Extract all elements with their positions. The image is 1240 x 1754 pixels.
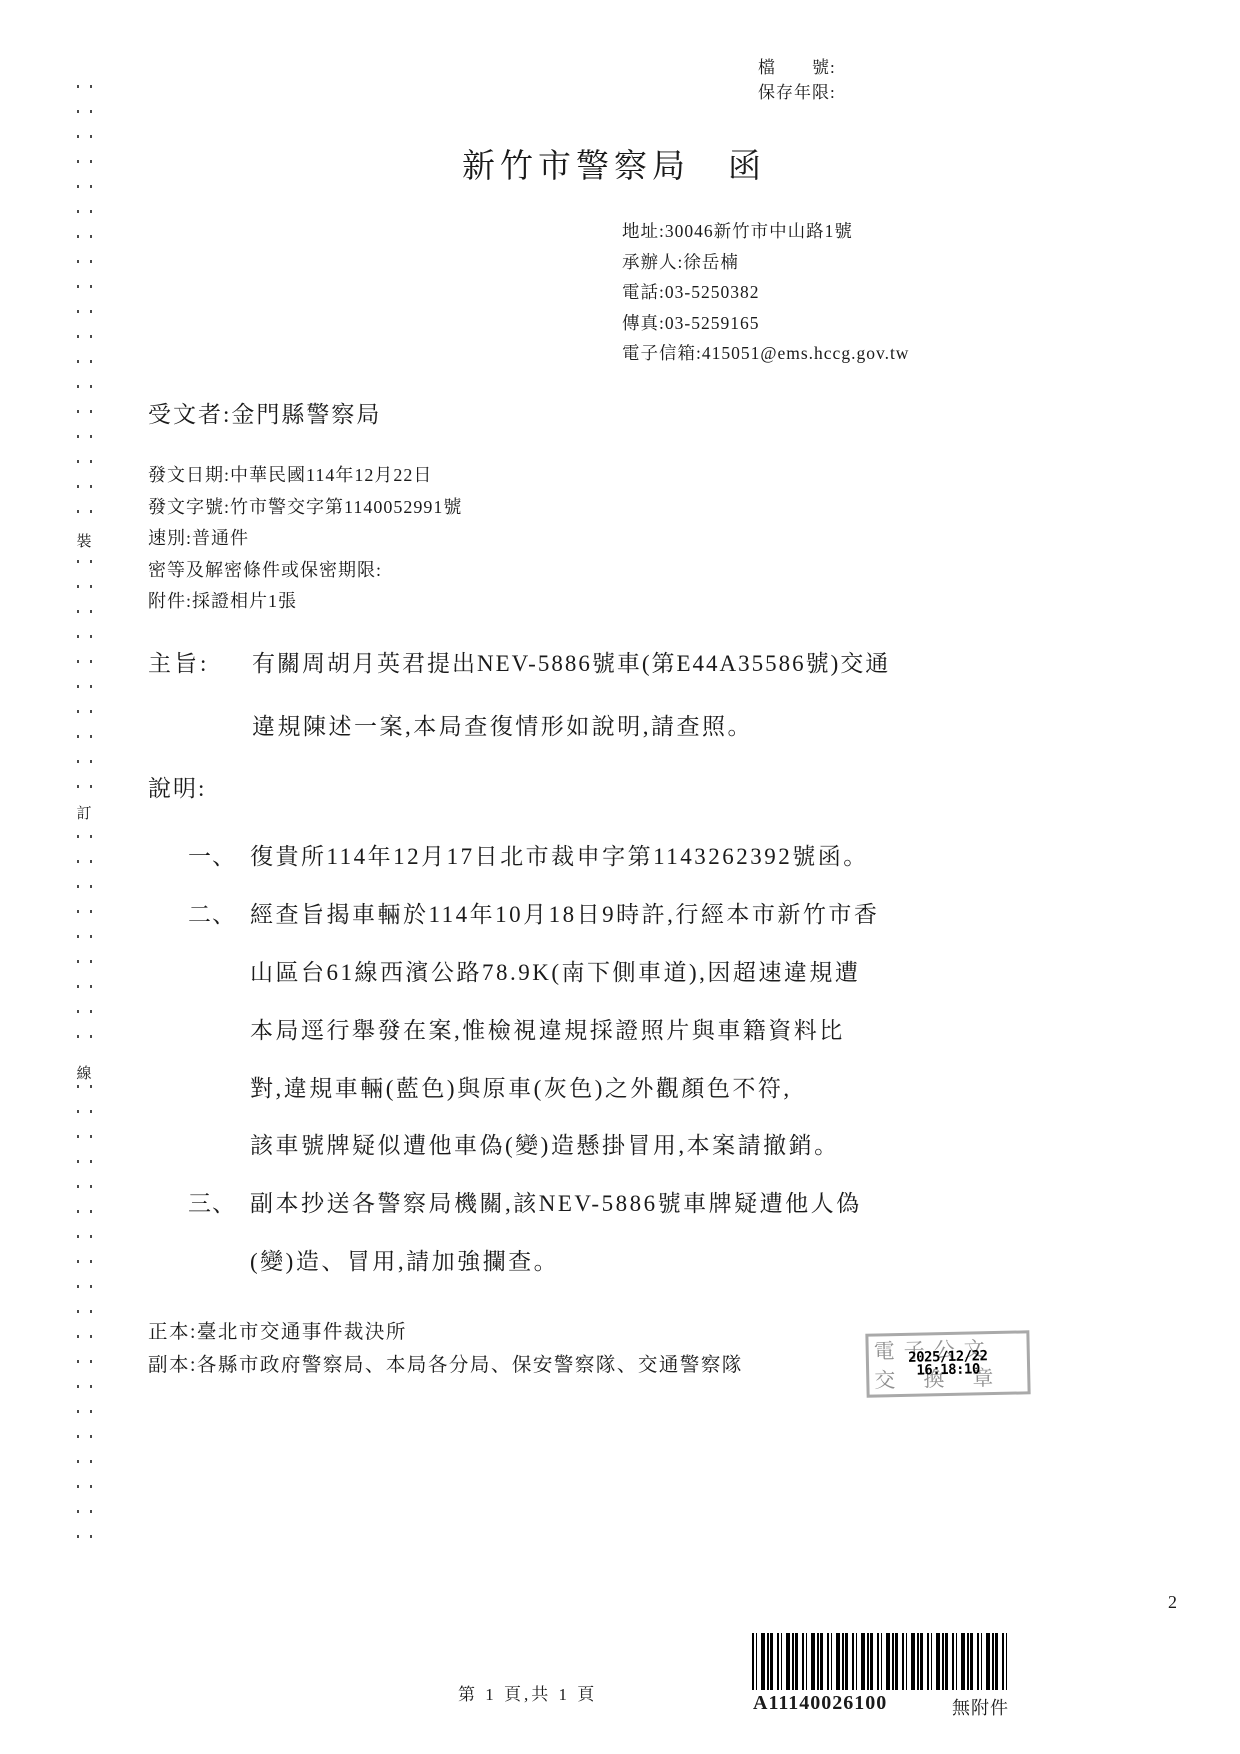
issue-number-field: 發文字號:竹市警交字第1140052991號 bbox=[148, 492, 462, 524]
subject-line-2: 違規陳述一案,本局查復情形如說明,請查照。 bbox=[252, 708, 753, 741]
item-3-line-2: (變)造、冒用,請加強攔查。 bbox=[250, 1243, 559, 1276]
stamp-datetime: 2025/12/22 16:18:10 bbox=[868, 1333, 1027, 1394]
speed-class-field: 速別:普通件 bbox=[148, 523, 462, 555]
explanation-label: 說明: bbox=[148, 770, 206, 803]
attachment-field: 附件:採證相片1張 bbox=[148, 586, 462, 618]
contact-phone: 電話:03-5250382 bbox=[622, 277, 909, 308]
item-3-line-1: 副本抄送各警察局機關,該NEV-5886號車牌疑遭他人偽 bbox=[250, 1185, 862, 1218]
document-title: 新竹市警察局 函 bbox=[462, 140, 766, 187]
retention-period-label: 保存年限: bbox=[758, 80, 836, 105]
attachment-note: 無附件 bbox=[952, 1694, 1009, 1720]
subject-line-1: 有關周胡月英君提出NEV-5886號車(第E44A35586號)交通 bbox=[252, 645, 890, 678]
item-2-line-1: 經查旨揭車輛於114年10月18日9時許,行經本市新竹市香 bbox=[250, 896, 879, 929]
item-2-line-2: 山區台61線西濱公路78.9K(南下側車道),因超速違規遭 bbox=[250, 954, 860, 987]
distribution-original: 正本:臺北市交通事件裁決所 bbox=[148, 1316, 407, 1344]
binding-char-xian: 線 bbox=[71, 1060, 97, 1085]
recipient-line: 受文者:金門縣警察局 bbox=[148, 396, 381, 429]
page-info: 第 1 頁,共 1 頁 bbox=[458, 1680, 597, 1705]
corner-page-number: 2 bbox=[1168, 1592, 1177, 1613]
item-2-number: 二、 bbox=[188, 896, 236, 929]
barcode-text: A11140026100 bbox=[753, 1692, 887, 1715]
stamp-time: 16:18:10 bbox=[916, 1363, 980, 1377]
issue-date-field: 發文日期:中華民國114年12月22日 bbox=[148, 460, 462, 492]
item-2-line-3: 本局逕行舉發在案,惟檢視違規採證照片與車籍資料比 bbox=[250, 1012, 845, 1045]
barcode bbox=[752, 1633, 1010, 1690]
item-2-line-5: 該車號牌疑似遭他車偽(變)造懸掛冒用,本案請撤銷。 bbox=[250, 1127, 840, 1160]
document-fields-block: 發文日期:中華民國114年12月22日 發文字號:竹市警交字第114005299… bbox=[148, 460, 462, 618]
item-2-line-4: 對,違規車輛(藍色)與原車(灰色)之外觀顏色不符, bbox=[250, 1070, 792, 1103]
agency-contact-block: 地址:30046新竹市中山路1號 承辦人:徐岳楠 電話:03-5250382 傳… bbox=[622, 216, 909, 369]
distribution-copy: 副本:各縣市政府警察局、本局各分局、保安警察隊、交通警察隊 bbox=[148, 1349, 743, 1377]
item-1-number: 一、 bbox=[188, 838, 236, 871]
contact-address: 地址:30046新竹市中山路1號 bbox=[622, 216, 909, 247]
file-number-label: 檔 號: bbox=[758, 55, 836, 80]
item-1-line-1: 復貴所114年12月17日北市裁申字第1143262392號函。 bbox=[250, 838, 869, 871]
subject-label: 主旨: bbox=[148, 645, 209, 678]
electronic-exchange-stamp: 電子公文 交換章 2025/12/22 16:18:10 bbox=[865, 1330, 1030, 1397]
official-letter-page: 裝 訂 線 檔 號: 保存年限: 新竹市警察局 函 地址:30046新竹市中山路… bbox=[0, 0, 1240, 1754]
security-class-field: 密等及解密條件或保密期限: bbox=[148, 555, 462, 587]
contact-fax: 傳真:03-5259165 bbox=[622, 308, 909, 339]
contact-email: 電子信箱:415051@ems.hccg.gov.tw bbox=[622, 338, 909, 369]
item-3-number: 三、 bbox=[188, 1185, 236, 1218]
binding-char-zhuang: 裝 bbox=[71, 528, 97, 553]
contact-handler: 承辦人:徐岳楠 bbox=[622, 247, 909, 278]
binding-char-ding: 訂 bbox=[71, 800, 97, 825]
file-number-block: 檔 號: 保存年限: bbox=[758, 55, 836, 105]
